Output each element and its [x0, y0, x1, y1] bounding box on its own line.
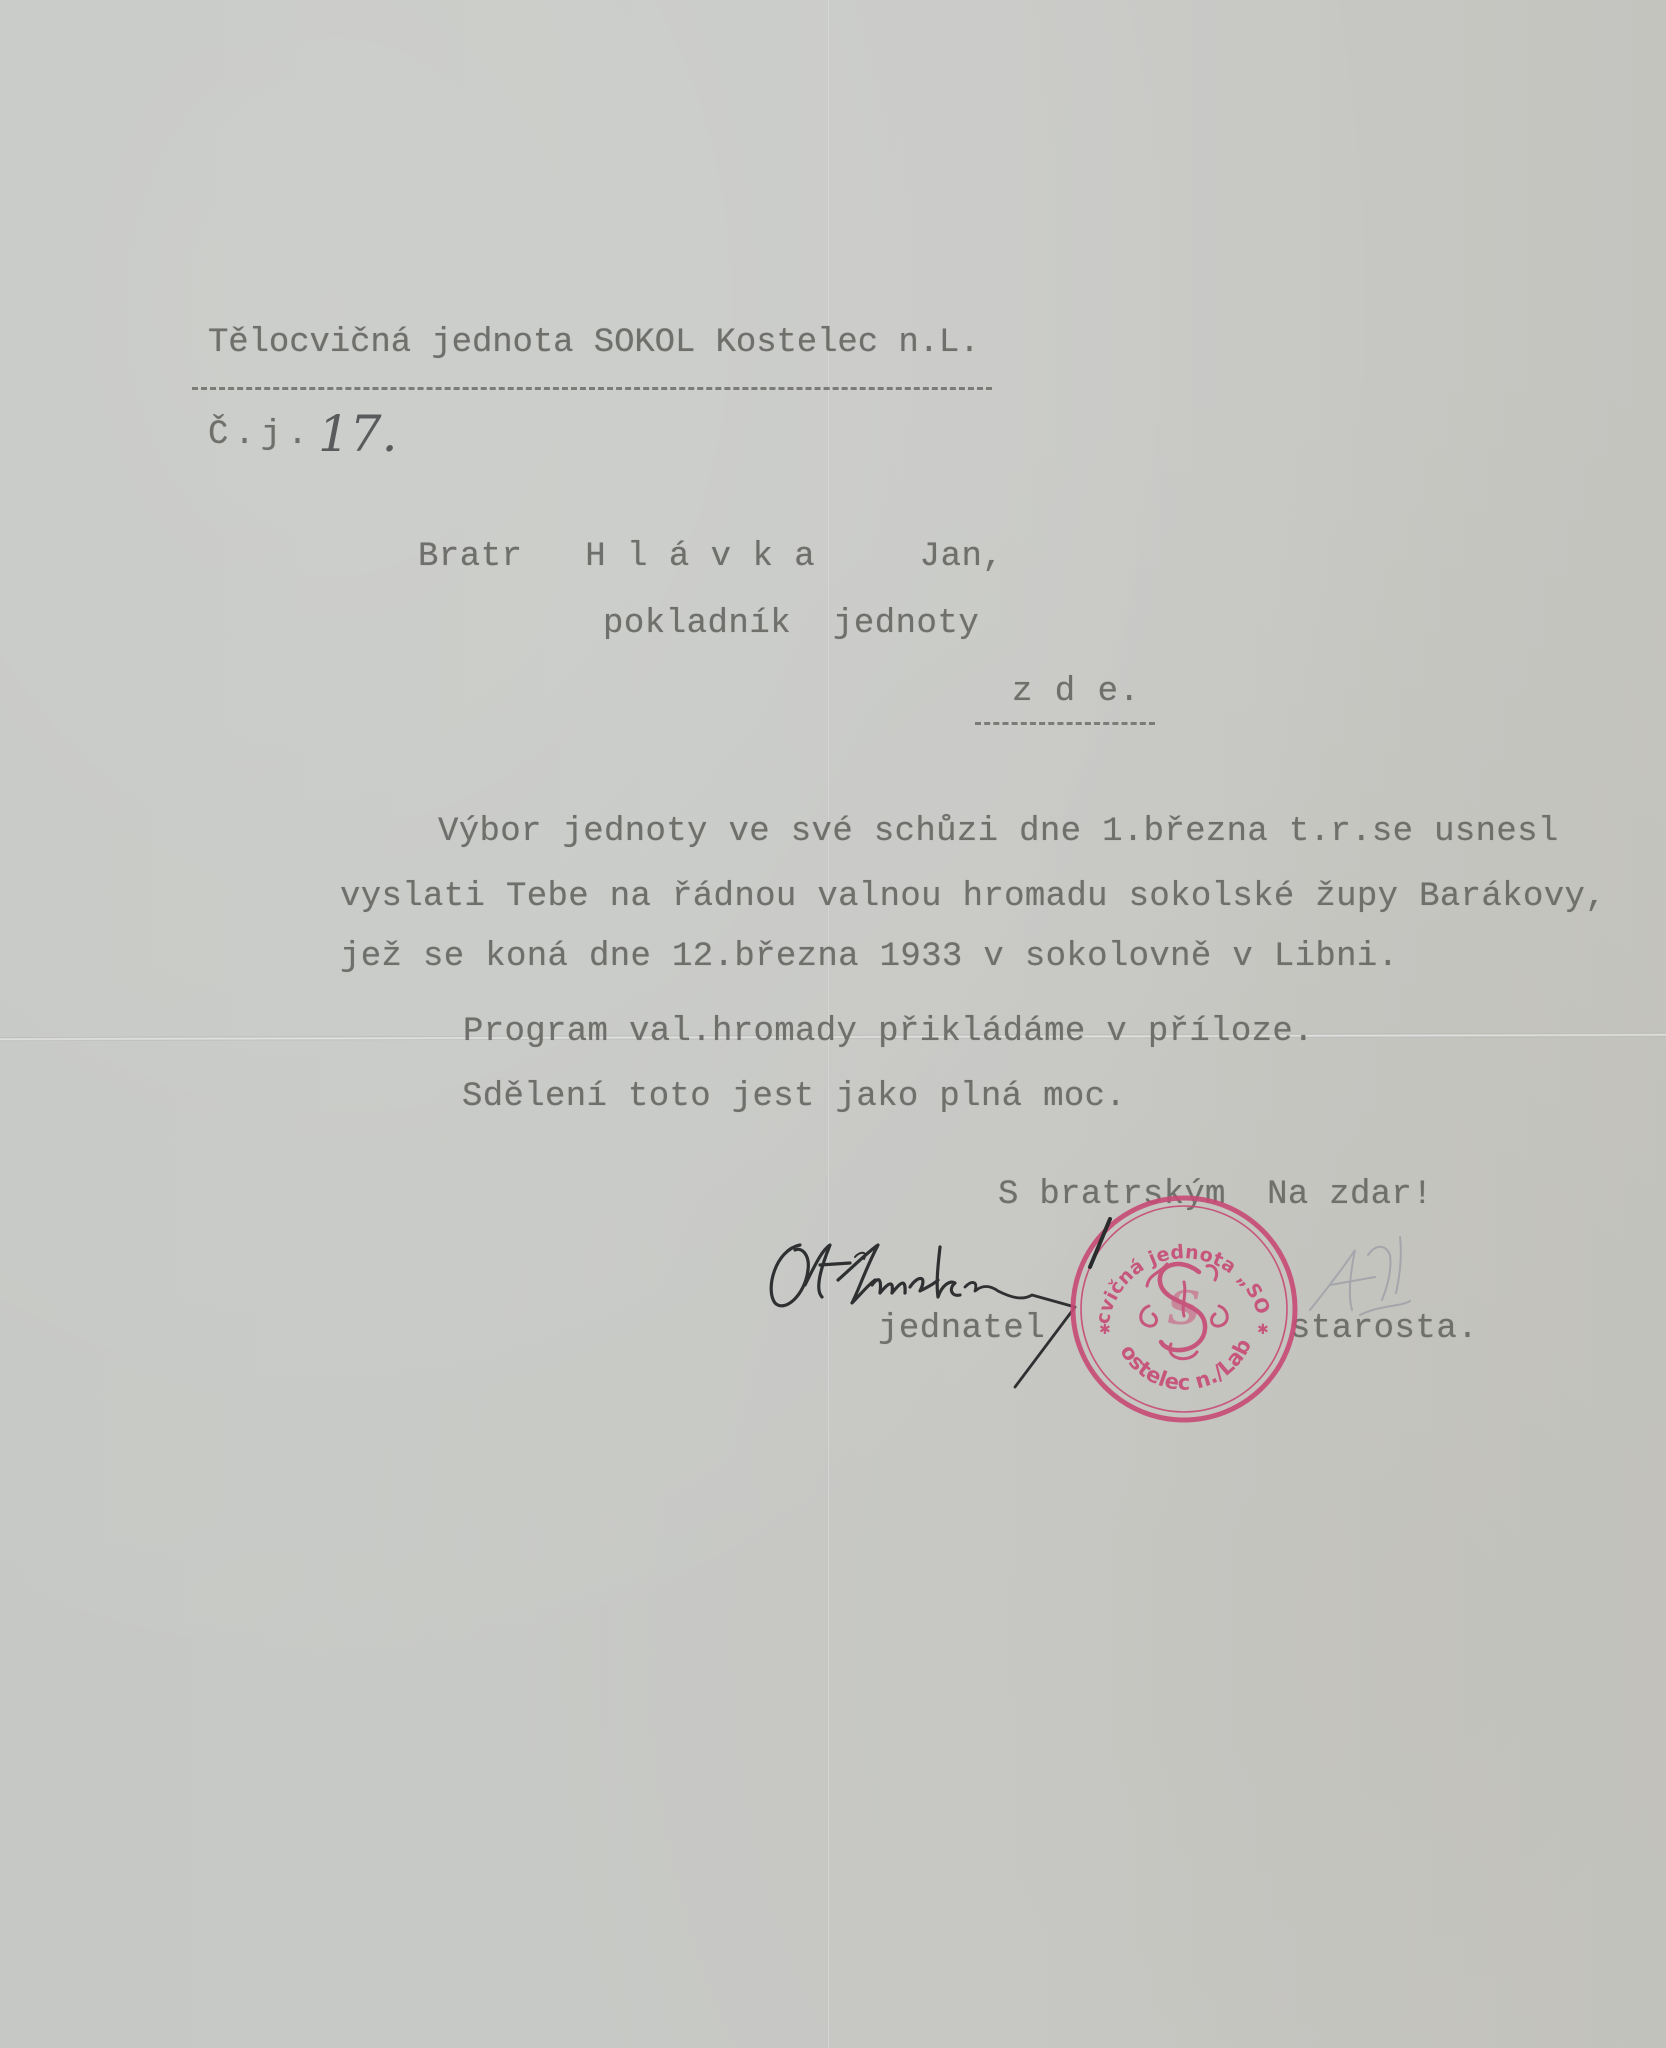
- recipient-location: z d e.: [1012, 675, 1140, 709]
- stamp-star-right-icon: ✱: [1257, 1322, 1269, 1338]
- body-line-4: Program val.hromady přikládáme v příloze…: [463, 1015, 1314, 1049]
- signature-pen-stroke: [1080, 1215, 1120, 1275]
- reference-number-handwritten: 17.: [318, 405, 398, 463]
- header-dashed-rule: [192, 387, 992, 390]
- body-line-1: Výbor jednoty ve své schůzi dne 1.března…: [438, 815, 1559, 849]
- organization-header: Tělocvičná jednota SOKOL Kostelec n.L.: [208, 326, 980, 360]
- body-line-3: jež se koná dne 12.března 1933 v sokolov…: [340, 940, 1398, 974]
- recipient-name: Bratr H l á v k a Jan,: [418, 540, 1003, 574]
- recipient-title: pokladník jednoty: [603, 607, 979, 641]
- pencil-signature-right: [1290, 1215, 1450, 1335]
- reference-label: Č.j.: [208, 418, 314, 452]
- stamp-star-left-icon: ✱: [1099, 1322, 1111, 1338]
- body-line-2: vyslati Tebe na řádnou valnou hromadu so…: [340, 880, 1606, 914]
- location-dashed-underline: [975, 722, 1155, 725]
- signature-left-text: Ot. Kaucký: [760, 1225, 765, 1226]
- stamp-monogram-letter: S: [1167, 1281, 1200, 1335]
- body-line-5: Sdělení toto jest jako plná moc.: [462, 1080, 1126, 1114]
- handwritten-signature-left: Ot. Kaucký: [760, 1225, 1090, 1395]
